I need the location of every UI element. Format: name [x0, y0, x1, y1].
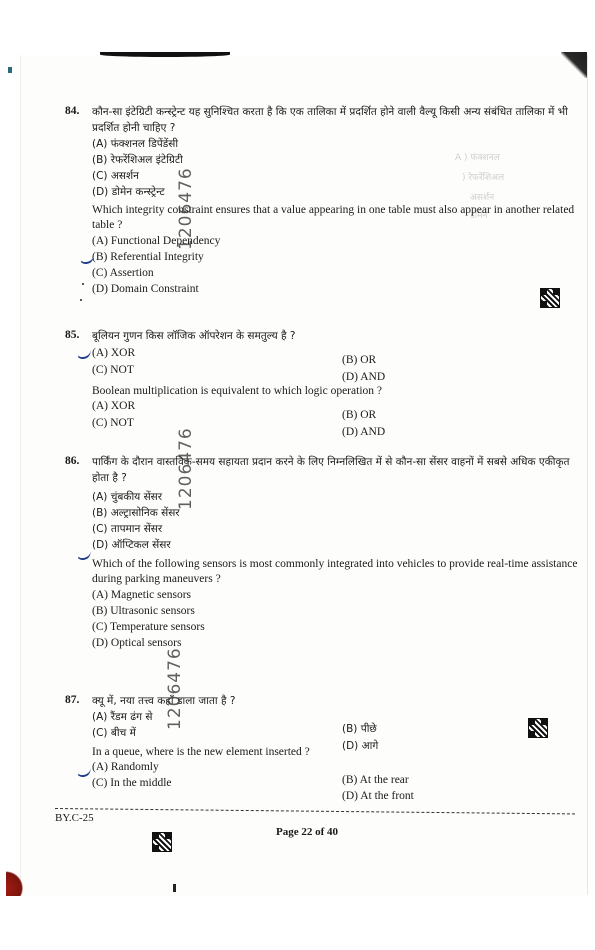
qr-code-icon [528, 718, 548, 738]
paper-code: BY.C-25 [55, 812, 94, 824]
option-d-english[interactable]: (D) At the front [342, 789, 414, 804]
option-c-english[interactable]: (C) NOT [92, 416, 134, 431]
question-87: 87. क्यू में, नया तत्त्व कहाँ डाला जाता … [65, 693, 585, 792]
option-b-hindi[interactable]: (B) OR [342, 353, 376, 368]
qr-code-icon [152, 832, 172, 852]
scan-artifact [6, 870, 28, 896]
option-b-hindi[interactable]: (B) पीछे [342, 721, 377, 737]
option-b-english[interactable]: (B) Ultrasonic sensors [92, 603, 585, 619]
option-a-english[interactable]: (A) Randomly [92, 760, 159, 775]
question-number: 85. [65, 328, 79, 343]
option-c-hindi[interactable]: (C) NOT [92, 363, 134, 378]
question-number: 86. [65, 454, 79, 469]
question-text-english: Boolean multiplication is equivalent to … [92, 384, 585, 399]
option-c-hindi[interactable]: (C) असर्शन [92, 168, 585, 184]
option-b-english[interactable]: (B) OR [342, 408, 376, 423]
watermark: 1206476 [176, 427, 196, 510]
option-d-hindi[interactable]: (D) डोमेन कन्स्ट्रेन्ट [92, 184, 585, 200]
option-a-english[interactable]: (A) Functional Dependency [92, 233, 585, 249]
page-corner-fold [561, 52, 587, 78]
option-d-hindi[interactable]: (D) AND [342, 370, 385, 385]
option-d-english[interactable]: (D) Domain Constraint [92, 281, 585, 297]
question-text-english: Which integrity constraint ensures that … [92, 203, 585, 233]
option-a-hindi[interactable]: (A) XOR [92, 346, 135, 361]
watermark: 1206476 [165, 647, 185, 730]
option-c-english[interactable]: (C) Temperature sensors [92, 619, 585, 635]
question-text-english: In a queue, where is the new element ins… [92, 745, 585, 760]
pen-dot [80, 299, 82, 301]
option-c-english[interactable]: (C) In the middle [92, 776, 172, 791]
option-a-hindi[interactable]: (A) रैंडम ढंग से [92, 709, 153, 725]
question-86: 86. पार्किंग के दौरान वास्तविक-समय सहायत… [65, 454, 585, 651]
option-b-hindi[interactable]: (B) रेफरेंशिअल इंटेग्रिटी [92, 152, 585, 168]
scan-mark [173, 884, 176, 892]
pen-dot [82, 283, 84, 285]
option-b-english[interactable]: (B) At the rear [342, 773, 409, 788]
question-84: 84. कौन-सा इंटेग्रिटी कन्स्ट्रेन्ट यह सु… [65, 104, 585, 297]
option-a-hindi[interactable]: (A) चुंबकीय सेंसर [92, 489, 585, 505]
option-a-english[interactable]: (A) Magnetic sensors [92, 587, 585, 603]
question-text-hindi: कौन-सा इंटेग्रिटी कन्स्ट्रेन्ट यह सुनिश्… [92, 104, 585, 136]
option-a-english[interactable]: (A) XOR [92, 399, 135, 414]
option-c-hindi[interactable]: (C) बीच में [92, 725, 136, 741]
option-c-hindi[interactable]: (C) तापमान सेंसर [92, 521, 585, 537]
option-a-hindi[interactable]: (A) फंक्शनल डिपेंडेंसी [92, 136, 585, 152]
question-text-hindi: पार्किंग के दौरान वास्तविक-समय सहायता प्… [92, 454, 585, 486]
option-b-english[interactable]: (B) Referential Integrity [92, 249, 585, 265]
option-d-english[interactable]: (D) AND [342, 425, 385, 440]
option-b-hindi[interactable]: (B) अल्ट्रासोनिक सेंसर [92, 505, 585, 521]
scan-shadow [100, 52, 230, 57]
page-number: Page 22 of 40 [276, 826, 338, 838]
qr-code-icon [540, 288, 560, 308]
scan-mark [8, 67, 12, 73]
option-c-english[interactable]: (C) Assertion [92, 265, 585, 281]
option-d-hindi[interactable]: (D) ऑप्टिकल सेंसर [92, 537, 585, 553]
option-d-hindi[interactable]: (D) आगे [342, 738, 378, 754]
question-number: 87. [65, 693, 79, 708]
question-text-hindi: बूलियन गुणन किस लॉजिक ऑपरेशन के समतुल्य … [92, 328, 585, 344]
question-number: 84. [65, 104, 79, 119]
question-text-english: Which of the following sensors is most c… [92, 557, 585, 587]
watermark: 1206476 [176, 167, 196, 250]
question-85: 85. बूलियन गुणन किस लॉजिक ऑपरेशन के समतु… [65, 328, 585, 431]
